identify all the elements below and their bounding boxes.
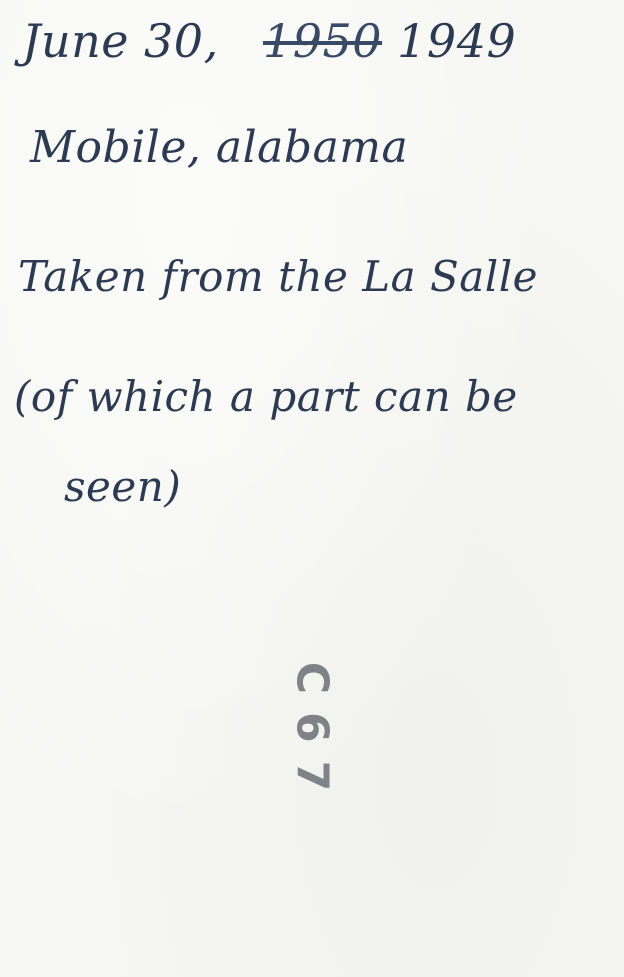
handwritten-line-taken-from: Taken from the La Salle <box>18 252 538 301</box>
struck-out-year: 1950 <box>263 14 382 68</box>
stamp-text: C67 <box>287 661 338 809</box>
handwritten-line-of-which: (of which a part can be <box>14 372 518 421</box>
stamped-code: C67 <box>262 650 362 820</box>
handwritten-location: Mobile, alabama <box>30 122 408 173</box>
date-prefix: June 30, <box>22 14 219 68</box>
handwritten-date: June 30, 1950 1949 <box>22 14 516 68</box>
corrected-year: 1949 <box>397 14 516 68</box>
handwritten-line-seen: seen) <box>64 462 181 511</box>
